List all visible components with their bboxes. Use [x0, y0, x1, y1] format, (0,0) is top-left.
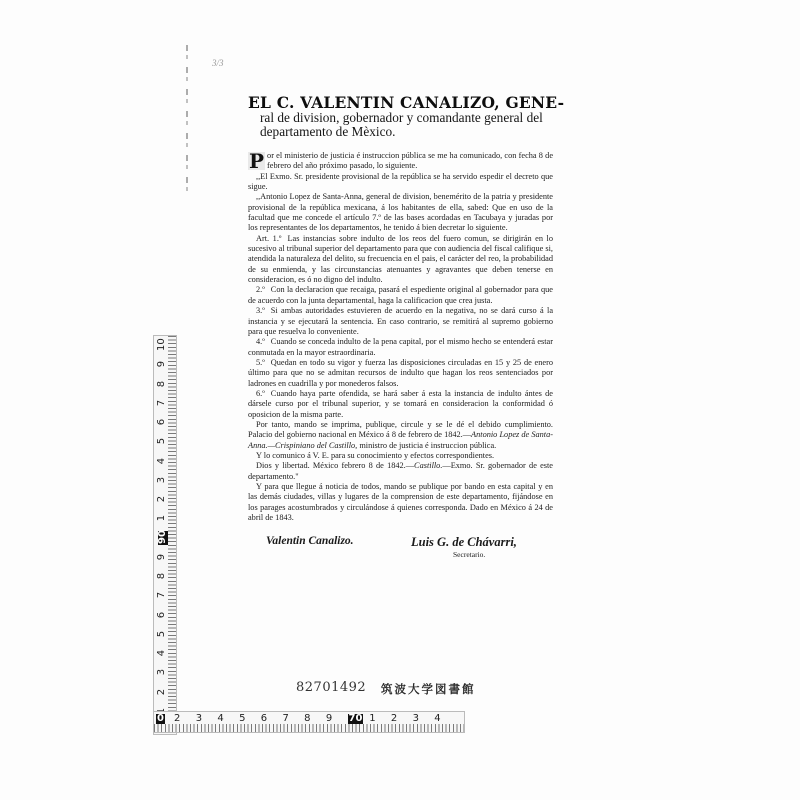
ruler-label: 1	[157, 512, 167, 524]
ruler-ticks	[154, 724, 464, 732]
ruler-label: 8	[304, 714, 310, 724]
binding-edge-mark	[186, 45, 188, 195]
signature-role: Secretario.	[453, 550, 485, 559]
article-1: Art. 1.ºLas instancias sobre indulto de …	[248, 234, 553, 286]
closing-promulgation: Por tanto, mando se imprima, publique, c…	[248, 420, 553, 451]
ruler-label: 6	[157, 609, 167, 621]
ruler-label: 6	[261, 714, 267, 724]
ruler-label: 9	[157, 358, 167, 370]
dropcap: P	[248, 152, 265, 170]
ruler-label: 9	[157, 551, 167, 563]
closing-communication: Y lo comunico á V. E. para su conocimien…	[248, 451, 553, 461]
library-stamp: 筑波大学図書館	[381, 681, 476, 697]
title-line-3: departamento de Mèxico.	[248, 125, 553, 139]
signature-canalizo: Valentin Canalizo.	[266, 535, 354, 547]
ruler-label: 10	[157, 339, 167, 351]
ruler-label: 3	[196, 714, 202, 724]
ruler-ticks	[168, 336, 176, 734]
ruler-label: 8	[157, 570, 167, 582]
catalog-number: 82701492	[296, 680, 366, 695]
ruler-label: 2	[157, 493, 167, 505]
title-line-2: ral de division, gobernador y comandante…	[248, 111, 553, 125]
signature-block: Valentin Canalizo. Luis G. de Chávarri, …	[248, 535, 553, 569]
ruler-label: 2	[157, 686, 167, 698]
pencil-annotation: 3/3	[212, 58, 224, 68]
ruler-label: 5	[157, 435, 167, 447]
closing-dios-libertad: Dios y libertad. México febrero 8 de 184…	[248, 461, 553, 482]
scanned-page: 3/3 EL C. VALENTIN CANALIZO, GENE- ral d…	[0, 0, 800, 800]
ruler-label: 9	[326, 714, 332, 724]
ruler-label: 2	[391, 714, 397, 724]
ruler-label: 1	[369, 714, 375, 724]
decree-document: EL C. VALENTIN CANALIZO, GENE- ral de di…	[248, 95, 553, 569]
ruler-label: 8	[157, 378, 167, 390]
paragraph-santa-anna: ,,Antonio Lopez de Santa-Anna, general d…	[248, 192, 553, 233]
ruler-label: 3	[157, 666, 167, 678]
signature-chavarri: Luis G. de Chávarri,	[411, 535, 517, 550]
ruler-label: 90	[158, 531, 168, 545]
ruler-label: 7	[157, 589, 167, 601]
ruler-label: 70	[348, 714, 364, 724]
article-3: 3.ºSi ambas autoridades estuvieren de ac…	[248, 306, 553, 337]
ruler-label: 3	[157, 474, 167, 486]
paragraph-exmo: ,,El Exmo. Sr. presidente provisional de…	[248, 172, 553, 193]
paragraph-intro: Por el ministerio de justicia é instrucc…	[248, 151, 553, 172]
ruler-label: 4	[434, 714, 440, 724]
ruler-label: 4	[217, 714, 223, 724]
ruler-label: 6	[157, 416, 167, 428]
vertical-scale-ruler: 1234567899012345678910	[153, 335, 177, 735]
article-6: 6.ºCuando haya parte ofendida, se hará s…	[248, 389, 553, 420]
article-2: 2.ºCon la declaracion que recaiga, pasar…	[248, 285, 553, 306]
ruler-label: 5	[157, 628, 167, 640]
article-4: 4.ºCuando se conceda indulto de la pena …	[248, 337, 553, 358]
title-line-1: EL C. VALENTIN CANALIZO, GENE-	[248, 95, 553, 111]
decree-body: Por el ministerio de justicia é instrucc…	[248, 151, 553, 523]
closing-publication: Y para que llegue á noticia de todos, ma…	[248, 482, 553, 523]
ruler-label: 4	[157, 647, 167, 659]
ruler-label: 7	[157, 397, 167, 409]
article-5: 5.ºQuedan en todo su vigor y fuerza las …	[248, 358, 553, 389]
horizontal-scale-ruler: 023456789701234	[153, 711, 465, 733]
ruler-label: 3	[413, 714, 419, 724]
ruler-label: 4	[157, 455, 167, 467]
ruler-label: 2	[174, 714, 180, 724]
ruler-label: 0	[156, 714, 165, 724]
ruler-label: 7	[282, 714, 288, 724]
ruler-label: 5	[239, 714, 245, 724]
